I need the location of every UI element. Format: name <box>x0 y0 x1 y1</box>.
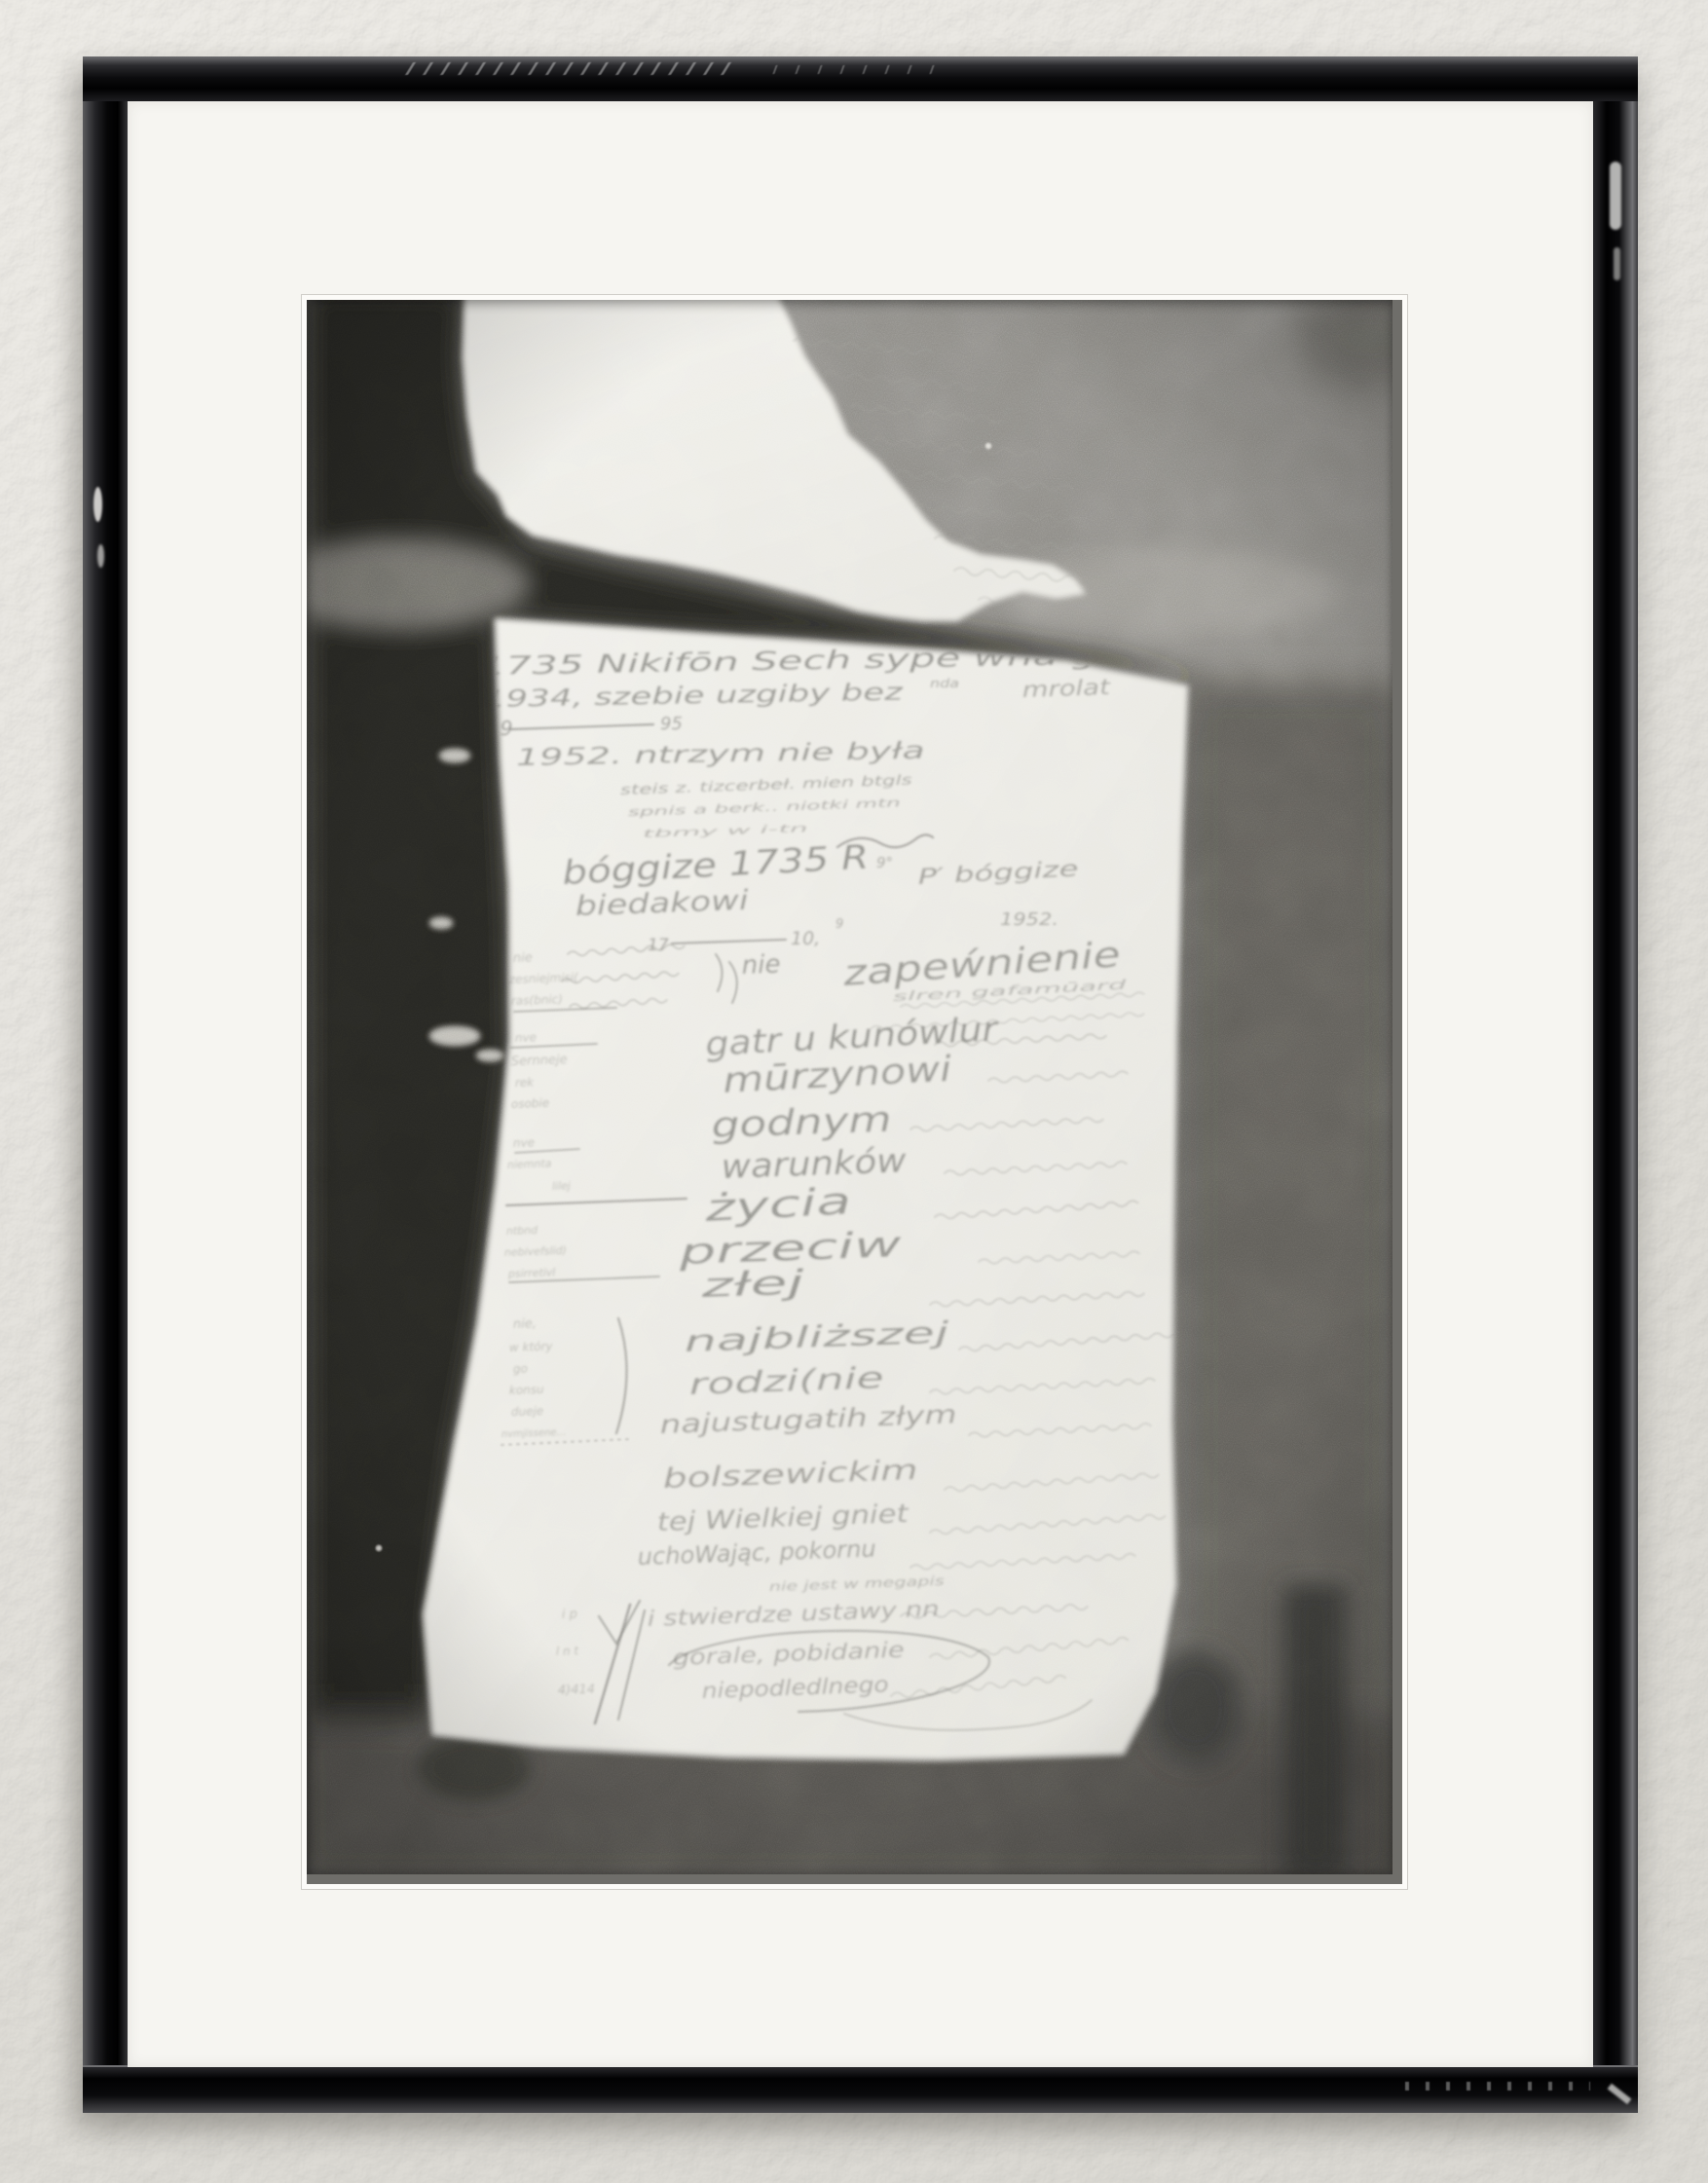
frame-top-bar <box>83 56 1638 101</box>
photograph: 1735 Nikifōn Sech sype wha gü1934, szebi… <box>307 300 1392 1874</box>
frame-chip <box>97 544 104 568</box>
mat-opening: 1735 Nikifōn Sech sype wha gü1934, szebi… <box>302 295 1407 1889</box>
picture-frame: 1735 Nikifōn Sech sype wha gü1934, szebi… <box>83 56 1638 2113</box>
frame-left-bar <box>83 101 128 2067</box>
frame-scratches <box>405 62 734 75</box>
frame-chip <box>1610 162 1621 230</box>
frame-chip <box>1608 2084 1632 2105</box>
frame-right-bar <box>1593 101 1638 2067</box>
frame-chip <box>1614 247 1620 280</box>
mat-board: 1735 Nikifōn Sech sype wha gü1934, szebi… <box>128 101 1593 2067</box>
vignette <box>307 300 1392 1874</box>
wall: 1735 Nikifōn Sech sype wha gü1934, szebi… <box>0 0 1708 2183</box>
frame-bottom-bar <box>83 2065 1638 2113</box>
frame-scratches <box>772 65 950 74</box>
frame-chip <box>93 487 102 522</box>
frame-scratches <box>1405 2082 1590 2090</box>
photograph-image: 1735 Nikifōn Sech sype wha gü1934, szebi… <box>307 300 1392 1874</box>
